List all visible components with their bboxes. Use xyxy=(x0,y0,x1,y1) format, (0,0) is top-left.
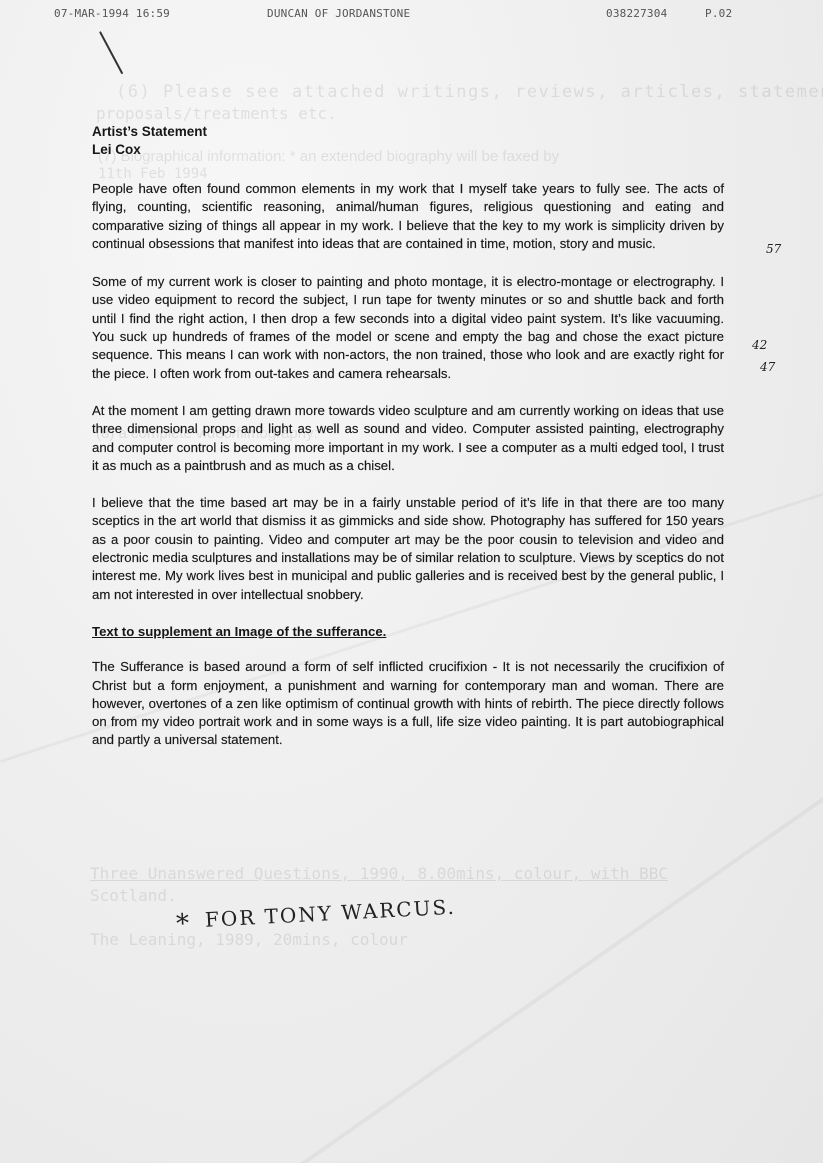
dedication-text: FOR TONY WARCUS. xyxy=(204,895,456,932)
statement-paragraph: The Sufferance is based around a form of… xyxy=(92,658,724,749)
show-through-line: Scotland. xyxy=(90,886,177,905)
margin-note: 57 xyxy=(766,242,781,256)
show-through-line: (6) Please see attached writings, review… xyxy=(116,82,823,102)
show-through-line: proposals/treatments etc. xyxy=(96,104,337,123)
statement-paragraph: Some of my current work is closer to pai… xyxy=(92,273,724,383)
statement-paragraph: At the moment I am getting drawn more to… xyxy=(92,402,724,475)
document-author: Lei Cox xyxy=(92,141,724,159)
fax-sender: DUNCAN OF JORDANSTONE xyxy=(267,7,410,20)
pen-stroke-mark xyxy=(99,31,123,74)
asterisk-mark: * xyxy=(175,909,192,940)
fax-transmission-header: 07-MAR-1994 16:59 DUNCAN OF JORDANSTONE … xyxy=(54,7,803,23)
fax-date-time: 07-MAR-1994 16:59 xyxy=(54,7,170,20)
fax-number: 038227304 xyxy=(606,7,667,20)
statement-paragraph: I believe that the time based art may be… xyxy=(92,494,724,604)
margin-note: 47 xyxy=(760,360,775,374)
document-title: Artist’s Statement xyxy=(92,123,724,141)
margin-note: 42 xyxy=(752,338,767,352)
fax-page-number: P.02 xyxy=(705,7,732,20)
artist-statement: Artist’s Statement Lei Cox People have o… xyxy=(92,123,724,750)
show-through-line: Three Unanswered Questions, 1990, 8.00mi… xyxy=(90,864,668,883)
section-subheading: Text to supplement an Image of the suffe… xyxy=(92,623,724,641)
statement-paragraph: People have often found common elements … xyxy=(92,180,724,253)
paper-fold xyxy=(300,761,823,1163)
fax-page: (6) Please see attached writings, review… xyxy=(0,0,823,1163)
